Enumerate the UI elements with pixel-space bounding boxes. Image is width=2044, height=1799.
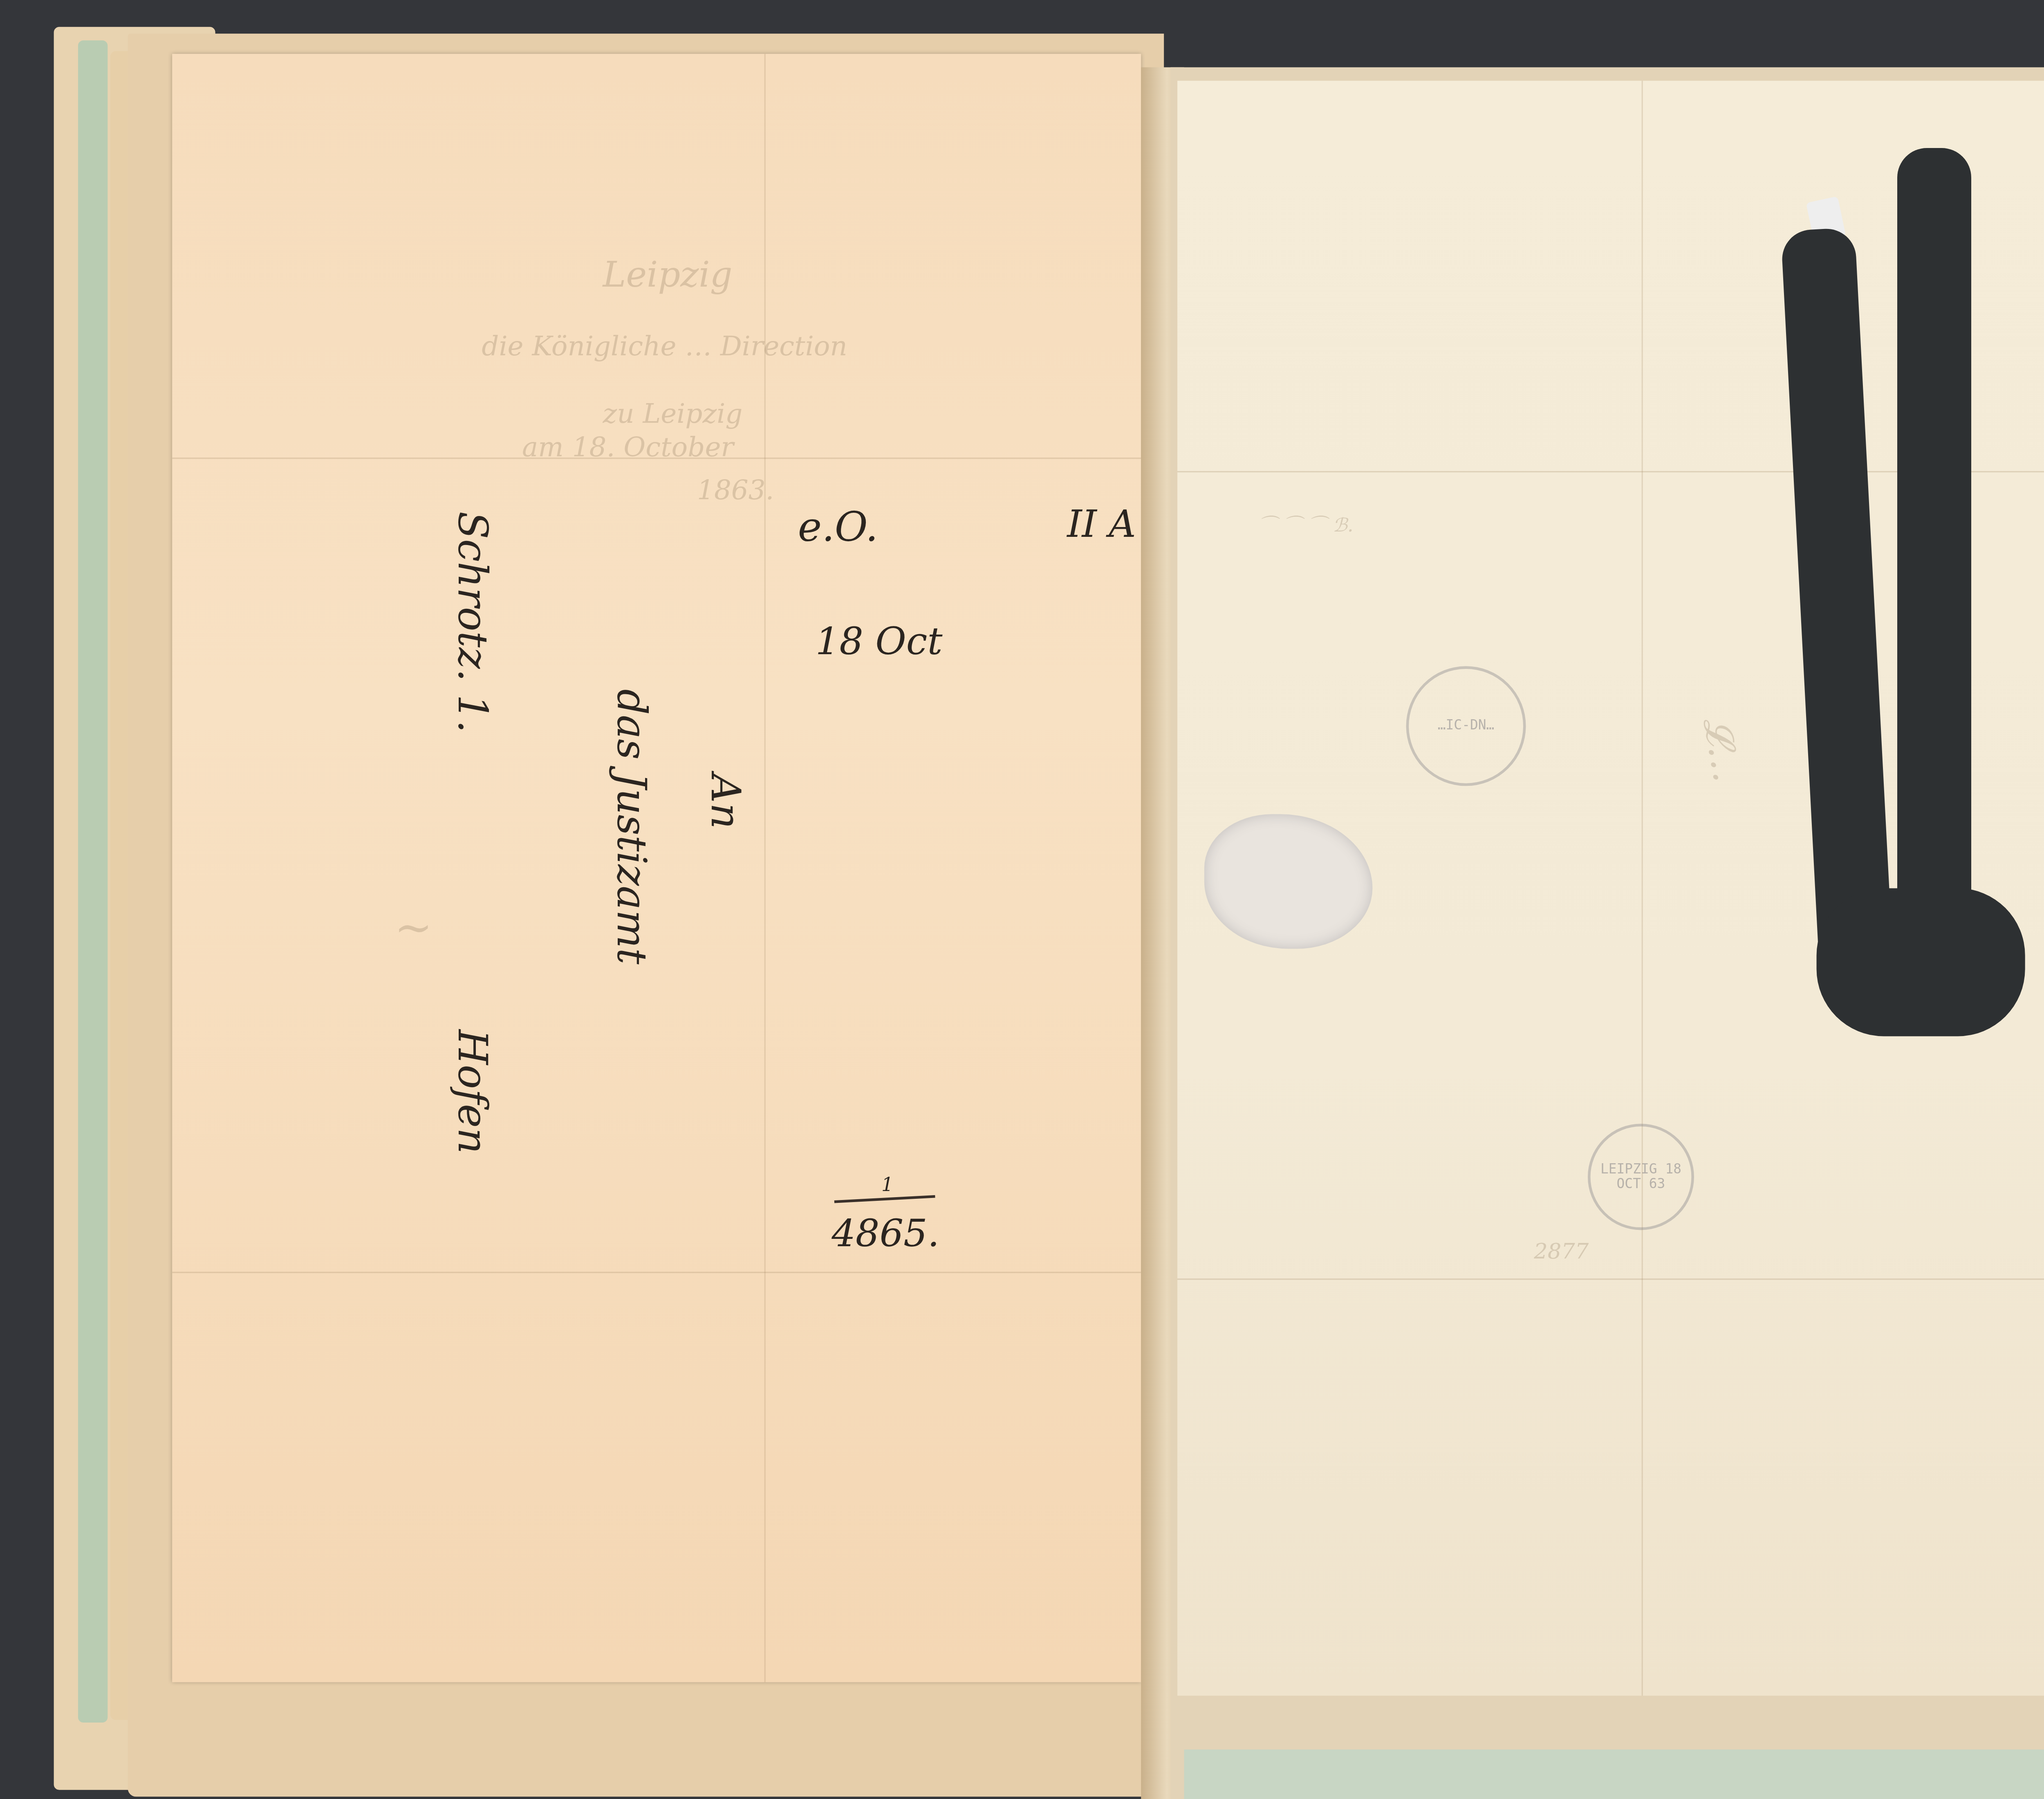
fold-line (172, 1272, 1141, 1273)
bleed-signature: ~ (394, 902, 433, 956)
green-sheet-bottom (1184, 1750, 2044, 1799)
bookmark-ribbon-right[interactable] (1897, 148, 1971, 956)
bleed-text: die Königliche … Direction (482, 330, 847, 362)
place-line-1: Schrotz. 1. (448, 511, 495, 733)
green-sheet-edge (78, 40, 108, 1723)
recipient-justizamt: das Justizamt (607, 689, 654, 964)
postal-stamp-lower: LEIPZIG 18 OCT 63 (1588, 1124, 1694, 1230)
bleed-text: Leipzig (603, 256, 733, 296)
mark-eo: e.O. (798, 505, 878, 552)
fold-line (1177, 1279, 2044, 1280)
fraction-numerator: 1 (881, 1175, 893, 1196)
bookmark-ribbon-loop (1817, 888, 2025, 1036)
place-line-2: Hofen (448, 1030, 495, 1154)
fold-line (1642, 81, 1643, 1696)
scan-stage: Leipzig die Königliche … Direction zu Le… (0, 0, 2044, 1799)
recipient-an: An (701, 774, 748, 829)
postal-stamp-upper: …IC-DN… (1406, 666, 1526, 786)
bleed-text: zu Leipzig (603, 397, 743, 429)
bleed-signature: 𝓛… (1693, 713, 1749, 785)
bleed-text: ⌒ ⌒ ⌒ ℬ. (1258, 511, 1354, 538)
bleed-text: 1863. (697, 474, 774, 506)
date-note: 18 Oct (816, 619, 943, 664)
mark-roman-two-a: II A (1067, 502, 1136, 547)
bleed-text: am 18. October (522, 431, 734, 463)
registry-number: 4865. (831, 1211, 939, 1256)
left-letter-sheet: Leipzig die Königliche … Direction zu Le… (172, 54, 1141, 1682)
faint-number: 2877 (1534, 1238, 1589, 1264)
fold-line (764, 54, 766, 1682)
